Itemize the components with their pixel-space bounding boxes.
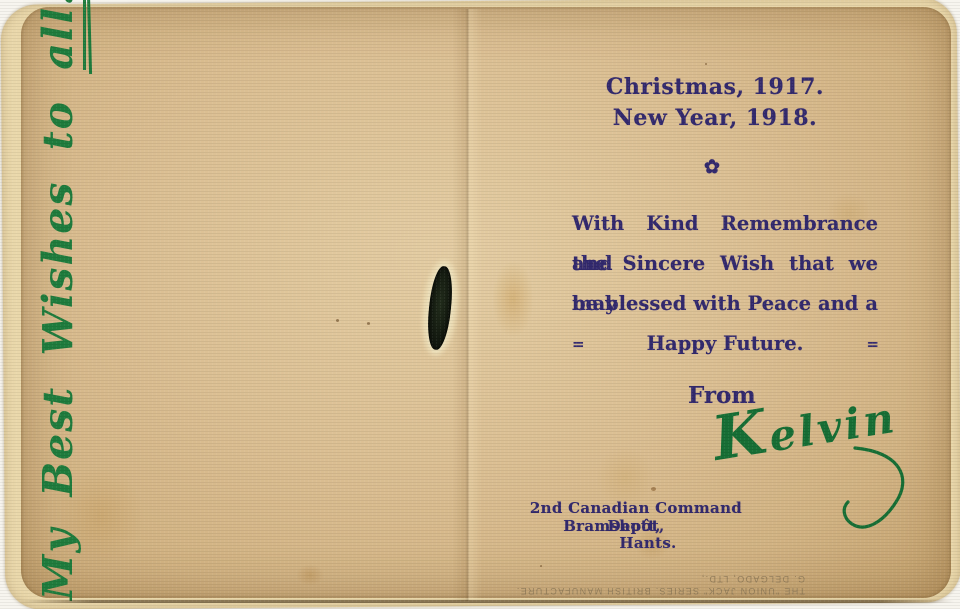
imprint-printer-line: G. DELGADO, LTD., [335, 573, 805, 585]
imprint-series-line: THE "UNION JACK" SERIES. BRITISH MANUFAC… [335, 585, 805, 597]
message-line: be blessed with Peace and a [572, 284, 878, 324]
handwriting-underlined-word: all. [34, 0, 86, 70]
florette-ornament-icon: ✿ [672, 156, 752, 178]
speck [336, 319, 339, 322]
card-title: Christmas, 1917. New Year, 1918. [575, 72, 855, 134]
handwriting-phrase: My Best Wishes to [34, 100, 82, 600]
printer-imprint: THE "UNION JACK" SERIES. BRITISH MANUFAC… [335, 571, 805, 597]
address-hants: Hants. [558, 534, 738, 552]
speck [651, 487, 656, 491]
center-fold-crease [452, 9, 482, 601]
address-bramshott: Bramshott, [520, 517, 704, 535]
speck [367, 322, 370, 325]
message-line-happy-future: = Happy Future. = [572, 324, 878, 364]
title-line-christmas: Christmas, 1917. [575, 72, 855, 103]
title-line-newyear: New Year, 1918. [575, 103, 855, 134]
card-bottom-edge-shadow [18, 600, 954, 603]
speck [705, 63, 707, 65]
message-line: With Kind Remembrance and [572, 204, 878, 244]
equals-ornament-right: = [866, 324, 878, 364]
equals-ornament-left: = [572, 324, 584, 364]
message-line: the Sincere Wish that we may [572, 244, 878, 284]
scanned-greeting-card: My Best Wishes to all. K. Christmas, 191… [0, 0, 960, 609]
handwritten-greeting: My Best Wishes to all. K. [34, 12, 202, 600]
happy-future-text: Happy Future. [647, 324, 804, 364]
greeting-message: With Kind Remembrance and the Sincere Wi… [572, 204, 878, 364]
speck [540, 565, 542, 567]
